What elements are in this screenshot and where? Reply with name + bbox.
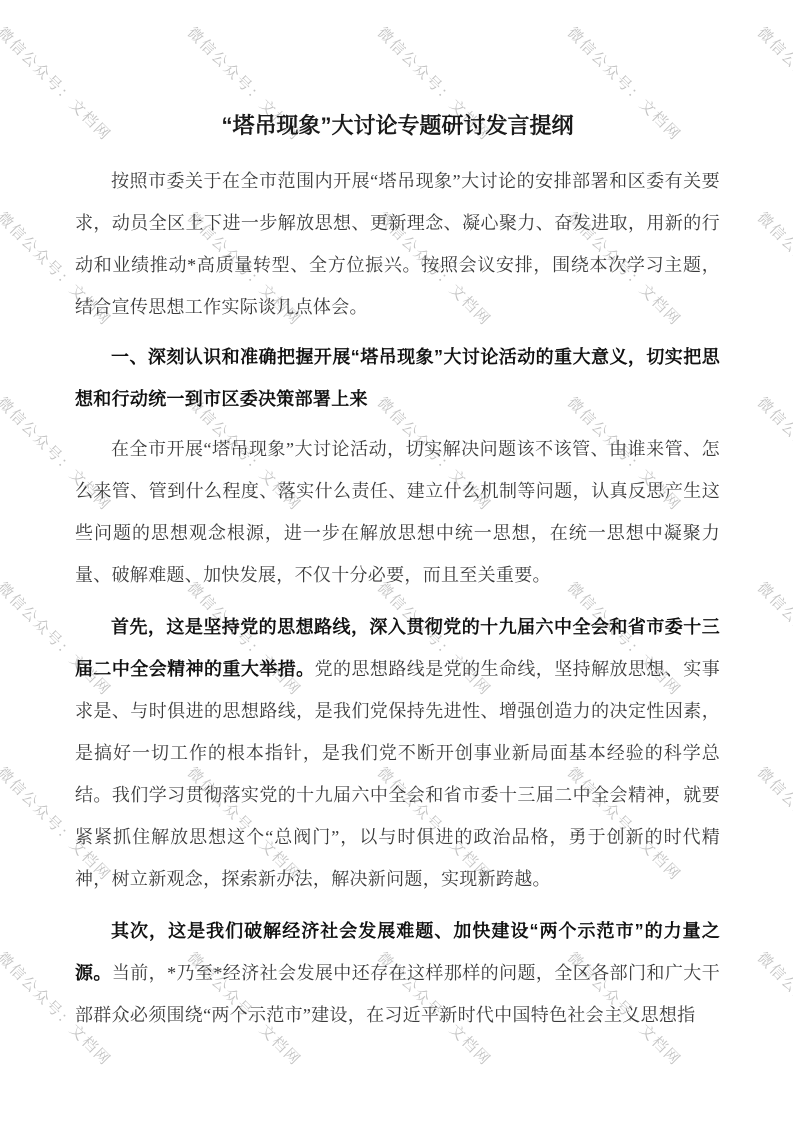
document-title: “塔吊现象”大讨论专题研讨发言提纲 — [75, 108, 720, 144]
watermark-text: 微信公众号：文档网 — [753, 762, 793, 885]
paragraph: 在全市开展“塔吊现象”大讨论活动，切实解决问题该不该管、由谁来管、怎么来管、管到… — [75, 428, 720, 596]
paragraph: 首先，这是坚持党的思想路线，深入贯彻党的十九届六中全会和省市委十三届二中全会精神… — [75, 606, 720, 900]
text-run: 党的思想路线是党的生命线，坚持解放思想、实事求是、与时俱进的思想路线，是我们党保… — [75, 659, 720, 889]
text-run: 当前，*乃至*经济社会发展中还存在这样那样的问题，全区各部门和广大干部群众必须围… — [75, 963, 720, 1025]
watermark-text: 微信公众号：文档网 — [753, 392, 793, 515]
document-content: “塔吊现象”大讨论专题研讨发言提纲 按照市委关于在全市范围内开展“塔吊现象”大讨… — [75, 108, 720, 1036]
watermark-text: 微信公众号：文档网 — [753, 22, 793, 145]
paragraph: 按照市委关于在全市范围内开展“塔吊现象”大讨论的安排部署和区委有关要求，动员全区… — [75, 160, 720, 328]
watermark-text: 微信公众号：文档网 — [753, 577, 793, 700]
document-page: 微信公众号：文档网微信公众号：文档网微信公众号：文档网微信公众号：文档网微信公众… — [0, 0, 793, 1122]
paragraph-list: 按照市委关于在全市范围内开展“塔吊现象”大讨论的安排部署和区委有关要求，动员全区… — [75, 160, 720, 1036]
watermark-text: 微信公众号：文档网 — [753, 207, 793, 330]
bold-text-run: 一、深刻认识和准确把握开展“塔吊现象”大讨论活动的重大意义，切实把思想和行动统一… — [75, 347, 720, 409]
text-run: 按照市委关于在全市范围内开展“塔吊现象”大讨论的安排部署和区委有关要求，动员全区… — [75, 171, 720, 317]
watermark-text: 微信公众号：文档网 — [753, 947, 793, 1070]
text-run: 在全市开展“塔吊现象”大讨论活动，切实解决问题该不该管、由谁来管、怎么来管、管到… — [75, 439, 720, 585]
paragraph: 其次，这是我们破解经济社会发展难题、加快建设“两个示范市”的力量之源。当前，*乃… — [75, 910, 720, 1036]
section-heading: 一、深刻认识和准确把握开展“塔吊现象”大讨论活动的重大意义，切实把思想和行动统一… — [75, 336, 720, 420]
